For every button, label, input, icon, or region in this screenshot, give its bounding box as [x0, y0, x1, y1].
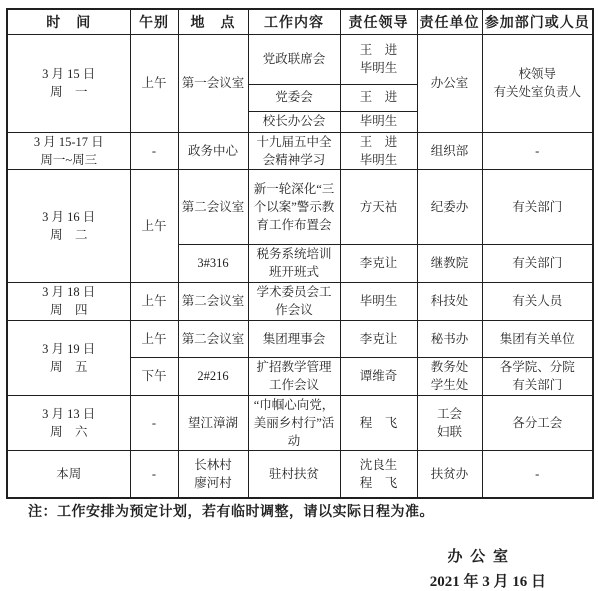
cell-ampm: - — [130, 451, 178, 498]
schedule-table: 时 间 午别 地 点 工作内容 责任领导 责任单位 参加部门或人员 3 月 15… — [6, 8, 594, 499]
table-row: 3 月 15-17 日 周一~周三 - 政务中心 十九届五中全会精神学习 王 进… — [7, 132, 593, 169]
table-row: 3 月 19 日 周 五 上午 第二会议室 集团理事会 李克让 秘书办 集团有关… — [7, 320, 593, 357]
cell-leader: 毕明生 — [340, 111, 417, 132]
cell-content: 驻村扶贫 — [248, 451, 340, 498]
header-place: 地 点 — [178, 9, 248, 34]
cell-leader: 李克让 — [340, 320, 417, 357]
cell-content: 十九届五中全会精神学习 — [248, 132, 340, 169]
cell-ampm: - — [130, 132, 178, 169]
cell-ampm: 上午 — [130, 320, 178, 357]
cell-place: 长林村 廖河村 — [178, 451, 248, 498]
signature-date: 2021 年 3 月 16 日 — [430, 570, 546, 591]
cell-time: 3 月 15 日 周 一 — [7, 34, 130, 132]
header-time: 时 间 — [7, 9, 130, 34]
cell-unit: 组织部 — [417, 132, 482, 169]
cell-participants: 集团有关单位 — [482, 320, 593, 357]
note-text: 注：工作安排为预定计划，若有临时调整，请以实际日程为准。 — [28, 501, 434, 521]
cell-content: 党委会 — [248, 84, 340, 111]
header-participants: 参加部门或人员 — [482, 9, 593, 34]
cell-leader: 程 飞 — [340, 395, 417, 450]
cell-participants: 校领导 有关处室负责人 — [482, 34, 593, 132]
cell-participants: 有关部门 — [482, 169, 593, 244]
cell-content: 新一轮深化“三个以案”警示教育工作布置会 — [248, 169, 340, 244]
cell-unit: 扶贫办 — [417, 451, 482, 498]
cell-time: 3 月 19 日 周 五 — [7, 320, 130, 395]
cell-leader: 方天祜 — [340, 169, 417, 244]
cell-place: 3#316 — [178, 244, 248, 282]
table-row: 3 月 15 日 周 一 上午 第一会议室 党政联席会 王 进 毕明生 办公室 … — [7, 34, 593, 84]
cell-time: 本周 — [7, 451, 130, 498]
cell-leader: 王 进 毕明生 — [340, 132, 417, 169]
cell-time: 3 月 13 日 周 六 — [7, 395, 130, 450]
cell-content: 税务系统培训班开班式 — [248, 244, 340, 282]
cell-place: 第二会议室 — [178, 282, 248, 320]
cell-leader: 毕明生 — [340, 282, 417, 320]
header-ampm: 午别 — [130, 9, 178, 34]
table-row: 3 月 18 日 周 四 上午 第二会议室 学术委员会工作会议 毕明生 科技处 … — [7, 282, 593, 320]
cell-place: 第二会议室 — [178, 320, 248, 357]
cell-participants: - — [482, 132, 593, 169]
cell-leader: 谭维奇 — [340, 357, 417, 395]
cell-ampm: 上午 — [130, 169, 178, 282]
cell-participants: 各分工会 — [482, 395, 593, 450]
table-row: 3 月 16 日 周 二 上午 第二会议室 新一轮深化“三个以案”警示教育工作布… — [7, 169, 593, 244]
cell-leader: 王 进 — [340, 84, 417, 111]
cell-content: 集团理事会 — [248, 320, 340, 357]
cell-unit: 继教院 — [417, 244, 482, 282]
header-unit: 责任单位 — [417, 9, 482, 34]
cell-ampm: 上午 — [130, 34, 178, 132]
cell-ampm: - — [130, 395, 178, 450]
cell-content: 党政联席会 — [248, 34, 340, 84]
cell-unit: 教务处 学生处 — [417, 357, 482, 395]
cell-time: 3 月 18 日 周 四 — [7, 282, 130, 320]
cell-unit: 纪委办 — [417, 169, 482, 244]
cell-place: 政务中心 — [178, 132, 248, 169]
cell-content: “巾帼心向党，美丽乡村行”活动 — [248, 395, 340, 450]
cell-leader: 沈良生 程 飞 — [340, 451, 417, 498]
cell-unit: 工会 妇联 — [417, 395, 482, 450]
cell-time: 3 月 15-17 日 周一~周三 — [7, 132, 130, 169]
cell-participants: 有关部门 — [482, 244, 593, 282]
cell-place: 第二会议室 — [178, 169, 248, 244]
cell-place: 望江漳湖 — [178, 395, 248, 450]
cell-ampm: 下午 — [130, 357, 178, 395]
cell-participants: - — [482, 451, 593, 498]
cell-ampm: 上午 — [130, 282, 178, 320]
cell-participants: 有关人员 — [482, 282, 593, 320]
signature-office: 办 公 室 — [447, 545, 510, 566]
header-content: 工作内容 — [248, 9, 340, 34]
cell-leader: 李克让 — [340, 244, 417, 282]
table-row: 3 月 13 日 周 六 - 望江漳湖 “巾帼心向党，美丽乡村行”活动 程 飞 … — [7, 395, 593, 450]
cell-time: 3 月 16 日 周 二 — [7, 169, 130, 282]
cell-place: 2#216 — [178, 357, 248, 395]
table-row: 本周 - 长林村 廖河村 驻村扶贫 沈良生 程 飞 扶贫办 - — [7, 451, 593, 498]
cell-leader: 王 进 毕明生 — [340, 34, 417, 84]
cell-participants: 各学院、分院 有关部门 — [482, 357, 593, 395]
cell-unit: 办公室 — [417, 34, 482, 132]
cell-content: 扩招教学管理工作会议 — [248, 357, 340, 395]
header-leader: 责任领导 — [340, 9, 417, 34]
cell-content: 学术委员会工作会议 — [248, 282, 340, 320]
cell-unit: 科技处 — [417, 282, 482, 320]
cell-unit: 秘书办 — [417, 320, 482, 357]
header-row: 时 间 午别 地 点 工作内容 责任领导 责任单位 参加部门或人员 — [7, 9, 593, 34]
cell-content: 校长办公会 — [248, 111, 340, 132]
cell-place: 第一会议室 — [178, 34, 248, 132]
